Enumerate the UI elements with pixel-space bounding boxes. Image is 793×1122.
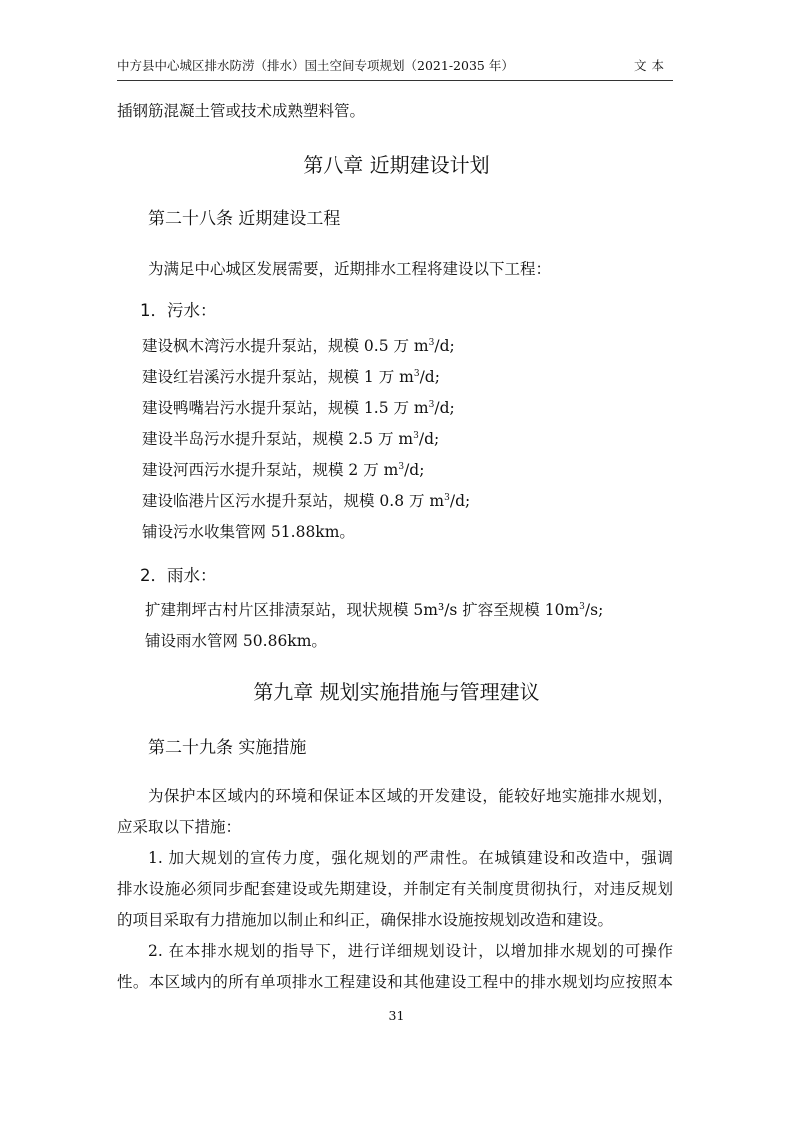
article-28-intro: 为满足中心城区发展需要，近期排水工程将建设以下工程： xyxy=(148,259,551,279)
sewage-item: 建设河西污水提升泵站，规模 2 万 m3/d; xyxy=(142,460,424,480)
sewage-heading: 1．污水： xyxy=(140,300,217,322)
paragraph-line: 2. 在本排水规划的指导下，进行详细规划设计，以增加排水规划的可操作 xyxy=(117,941,673,961)
item-text: 建设河西污水提升泵站，规模 2 万 m xyxy=(142,461,398,479)
item-unit: /d; xyxy=(450,492,470,510)
item-unit: /d; xyxy=(420,368,440,386)
item-text: 建设红岩溪污水提升泵站，规模 1 万 m xyxy=(142,368,414,386)
item-text: 建设枫木湾污水提升泵站，规模 0.5 万 m xyxy=(142,337,429,355)
item-unit: /s; xyxy=(585,601,603,619)
item-text: 扩建荆坪古村片区排渍泵站，现状规模 5m³/s 扩容至规模 10m xyxy=(145,601,579,619)
article-28-title: 第二十八条 近期建设工程 xyxy=(148,208,340,230)
rain-network: 铺设雨水管网 50.86km。 xyxy=(145,631,327,651)
sewage-item: 建设红岩溪污水提升泵站，规模 1 万 m3/d; xyxy=(142,367,440,387)
item-text: 建设鸭嘴岩污水提升泵站，规模 1.5 万 m xyxy=(142,399,429,417)
sewage-network: 铺设污水收集管网 51.88km。 xyxy=(142,522,355,542)
chapter-9-title: 第九章 规划实施措施与管理建议 xyxy=(0,679,793,705)
item-text: 建设半岛污水提升泵站，规模 2.5 万 m xyxy=(142,430,413,448)
page-header: 中方县中心城区排水防涝（排水）国土空间专项规划（2021-2035 年） 文本 xyxy=(117,52,673,81)
sewage-item: 建设半岛污水提升泵站，规模 2.5 万 m3/d; xyxy=(142,429,439,449)
item-unit: /d; xyxy=(419,430,439,448)
page-number: 31 xyxy=(0,1008,793,1023)
paragraph-line: 为保护本区域内的环境和保证本区域的开发建设，能较好地实施排水规划， xyxy=(117,786,673,806)
section-tag: 文本 xyxy=(634,56,669,74)
paragraph-line: 的项目采取有力措施加以制止和纠正，确保排水设施按规划改造和建设。 xyxy=(117,910,613,930)
article-29-title: 第二十九条 实施措施 xyxy=(148,737,306,759)
sewage-item: 建设鸭嘴岩污水提升泵站，规模 1.5 万 m3/d; xyxy=(142,398,455,418)
carryover-text: 插钢筋混凝土管或技术成熟塑料管。 xyxy=(117,101,365,121)
sewage-item: 建设枫木湾污水提升泵站，规模 0.5 万 m3/d; xyxy=(142,336,455,356)
rain-pump-station: 扩建荆坪古村片区排渍泵站，现状规模 5m³/s 扩容至规模 10m3/s; xyxy=(145,600,603,620)
item-unit: /d; xyxy=(434,337,454,355)
paragraph-line: 1. 加大规划的宣传力度，强化规划的严肃性。在城镇建设和改造中，强调 xyxy=(117,848,673,868)
paragraph-line: 应采取以下措施： xyxy=(117,817,241,837)
sewage-item: 建设临港片区污水提升泵站，规模 0.8 万 m3/d; xyxy=(142,491,470,511)
item-unit: /d; xyxy=(434,399,454,417)
chapter-8-title: 第八章 近期建设计划 xyxy=(0,152,793,178)
rain-heading: 2．雨水： xyxy=(140,565,217,587)
item-unit: /d; xyxy=(404,461,424,479)
paragraph-line: 性。本区域内的所有单项排水工程建设和其他建设工程中的排水规划均应按照本 xyxy=(117,972,673,992)
paragraph-line: 排水设施必须同步配套建设或先期建设，并制定有关制度贯彻执行，对违反规划 xyxy=(117,879,673,899)
document-title: 中方县中心城区排水防涝（排水）国土空间专项规划（2021-2035 年） xyxy=(117,56,514,74)
item-text: 建设临港片区污水提升泵站，规模 0.8 万 m xyxy=(142,492,444,510)
